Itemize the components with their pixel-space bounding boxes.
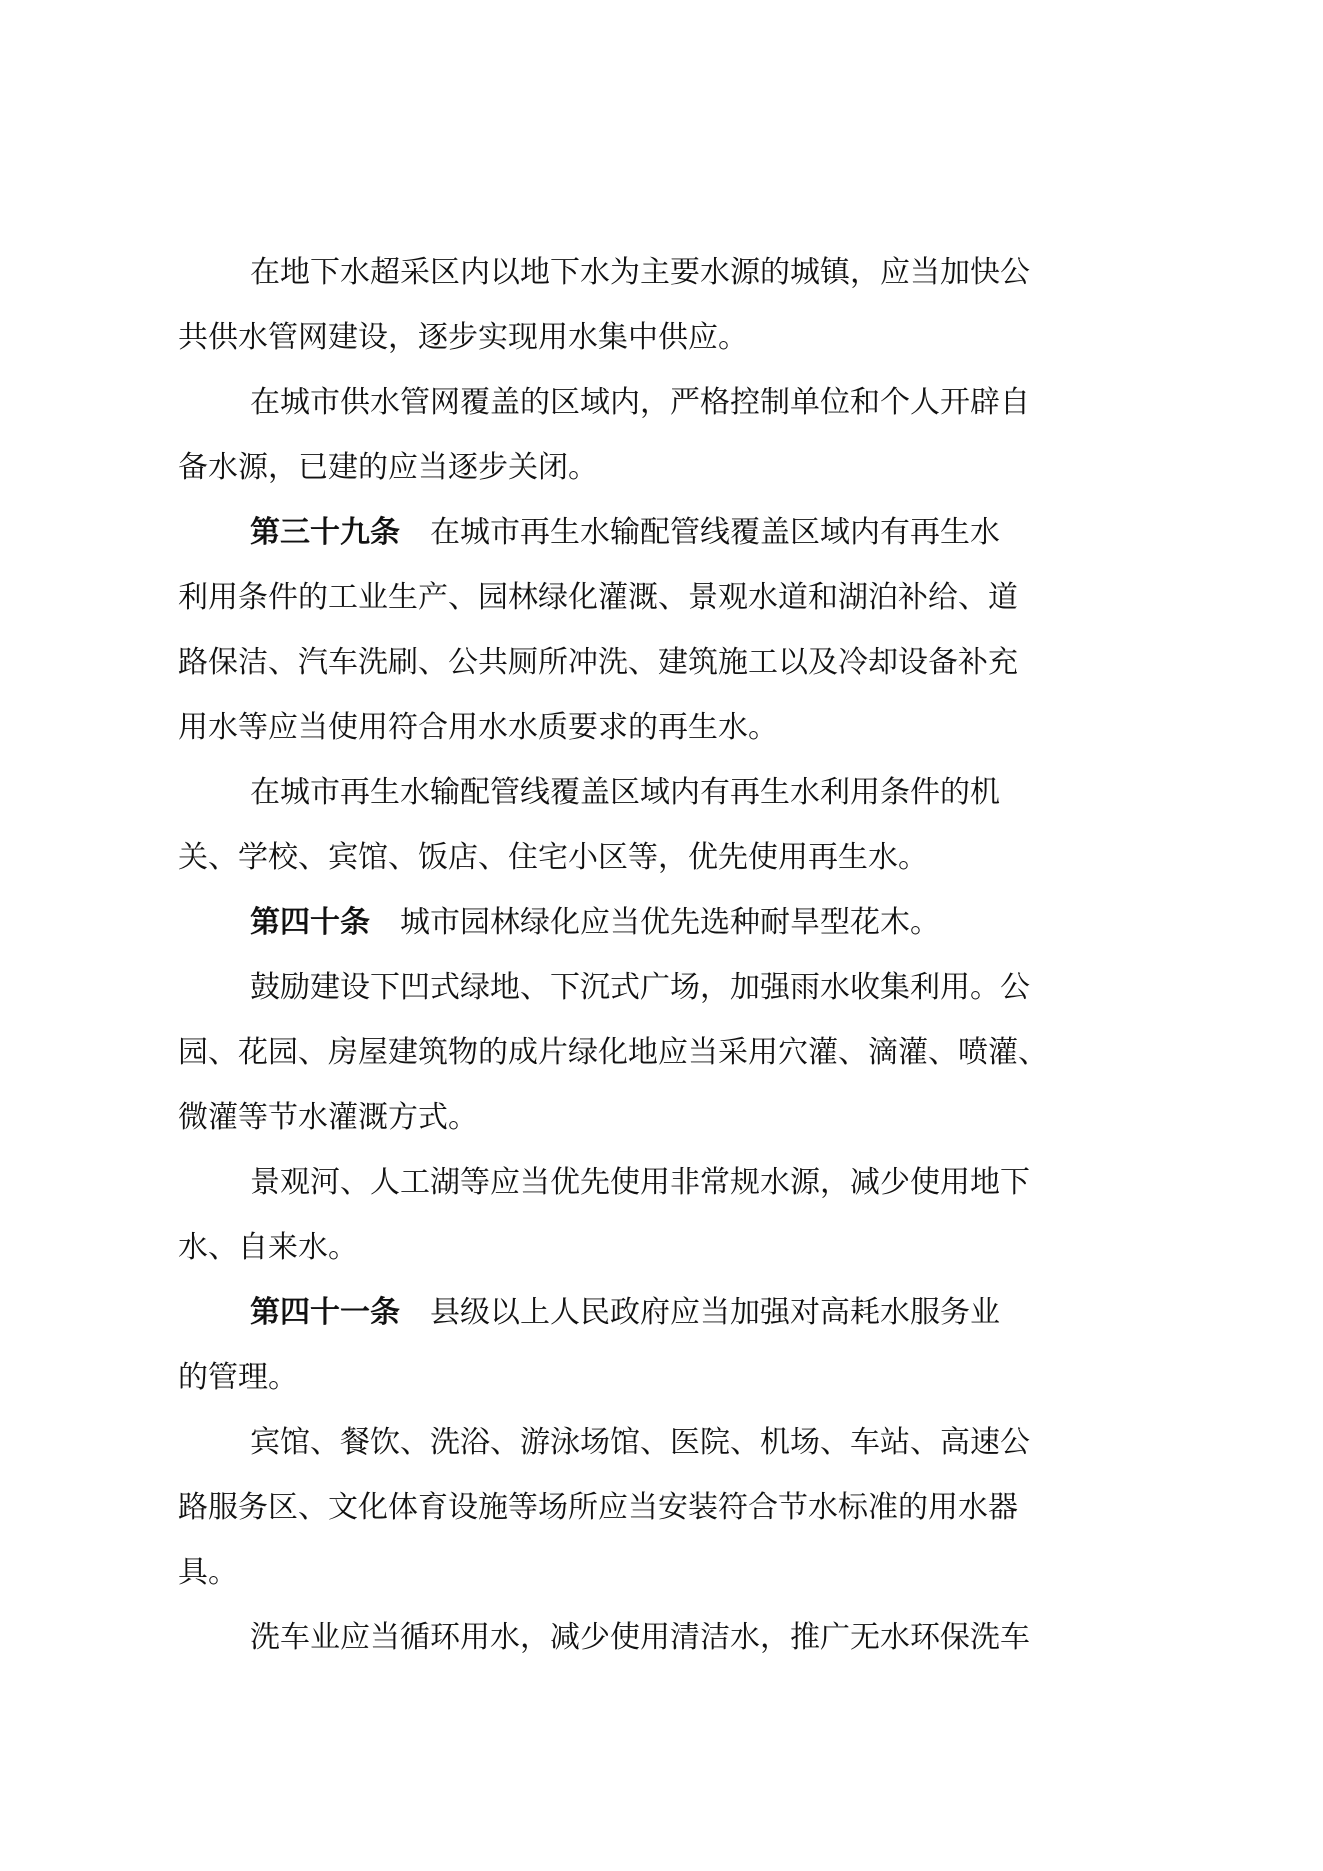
paragraph-line: 宾馆、餐饮、洗浴、游泳场馆、医院、机场、车站、高速公	[178, 1410, 1162, 1475]
document-page: 在地下水超采区内以地下水为主要水源的城镇，应当加快公 共供水管网建设，逐步实现用…	[178, 240, 1162, 1670]
article-39-heading-line: 第三十九条在城市再生水输配管线覆盖区域内有再生水	[178, 500, 1162, 565]
paragraph-line: 在城市再生水输配管线覆盖区域内有再生水利用条件的机	[178, 760, 1162, 825]
article-40-heading-line: 第四十条城市园林绿化应当优先选种耐旱型花木。	[178, 890, 1162, 955]
paragraph-line: 在城市供水管网覆盖的区域内，严格控制单位和个人开辟自	[178, 370, 1162, 435]
article-41-heading-line: 第四十一条县级以上人民政府应当加强对高耗水服务业	[178, 1280, 1162, 1345]
paragraph-line: 路服务区、文化体育设施等场所应当安装符合节水标准的用水器	[178, 1475, 1162, 1540]
paragraph-line: 关、学校、宾馆、饭店、住宅小区等，优先使用再生水。	[178, 825, 1162, 890]
paragraph-line: 利用条件的工业生产、园林绿化灌溉、景观水道和湖泊补给、道	[178, 565, 1162, 630]
paragraph-line: 共供水管网建设，逐步实现用水集中供应。	[178, 305, 1162, 370]
paragraph-line: 微灌等节水灌溉方式。	[178, 1085, 1162, 1150]
paragraph-line: 具。	[178, 1540, 1162, 1605]
paragraph-line: 景观河、人工湖等应当优先使用非常规水源，减少使用地下	[178, 1150, 1162, 1215]
article-number: 第四十一条	[250, 1295, 400, 1330]
paragraph-line: 园、花园、房屋建筑物的成片绿化地应当采用穴灌、滴灌、喷灌、	[178, 1020, 1162, 1085]
article-text: 县级以上人民政府应当加强对高耗水服务业	[430, 1295, 1000, 1330]
article-number: 第三十九条	[250, 515, 400, 550]
paragraph-line: 路保洁、汽车洗刷、公共厕所冲洗、建筑施工以及冷却设备补充	[178, 630, 1162, 695]
paragraph-line: 在地下水超采区内以地下水为主要水源的城镇，应当加快公	[178, 240, 1162, 305]
article-text: 在城市再生水输配管线覆盖区域内有再生水	[430, 515, 1000, 550]
paragraph-line: 水、自来水。	[178, 1215, 1162, 1280]
article-number: 第四十条	[250, 905, 370, 940]
paragraph-line: 鼓励建设下凹式绿地、下沉式广场，加强雨水收集利用。公	[178, 955, 1162, 1020]
paragraph-line: 洗车业应当循环用水，减少使用清洁水，推广无水环保洗车	[178, 1605, 1162, 1670]
paragraph-line: 的管理。	[178, 1345, 1162, 1410]
paragraph-line: 用水等应当使用符合用水水质要求的再生水。	[178, 695, 1162, 760]
article-text: 城市园林绿化应当优先选种耐旱型花木。	[400, 905, 940, 940]
paragraph-line: 备水源，已建的应当逐步关闭。	[178, 435, 1162, 500]
